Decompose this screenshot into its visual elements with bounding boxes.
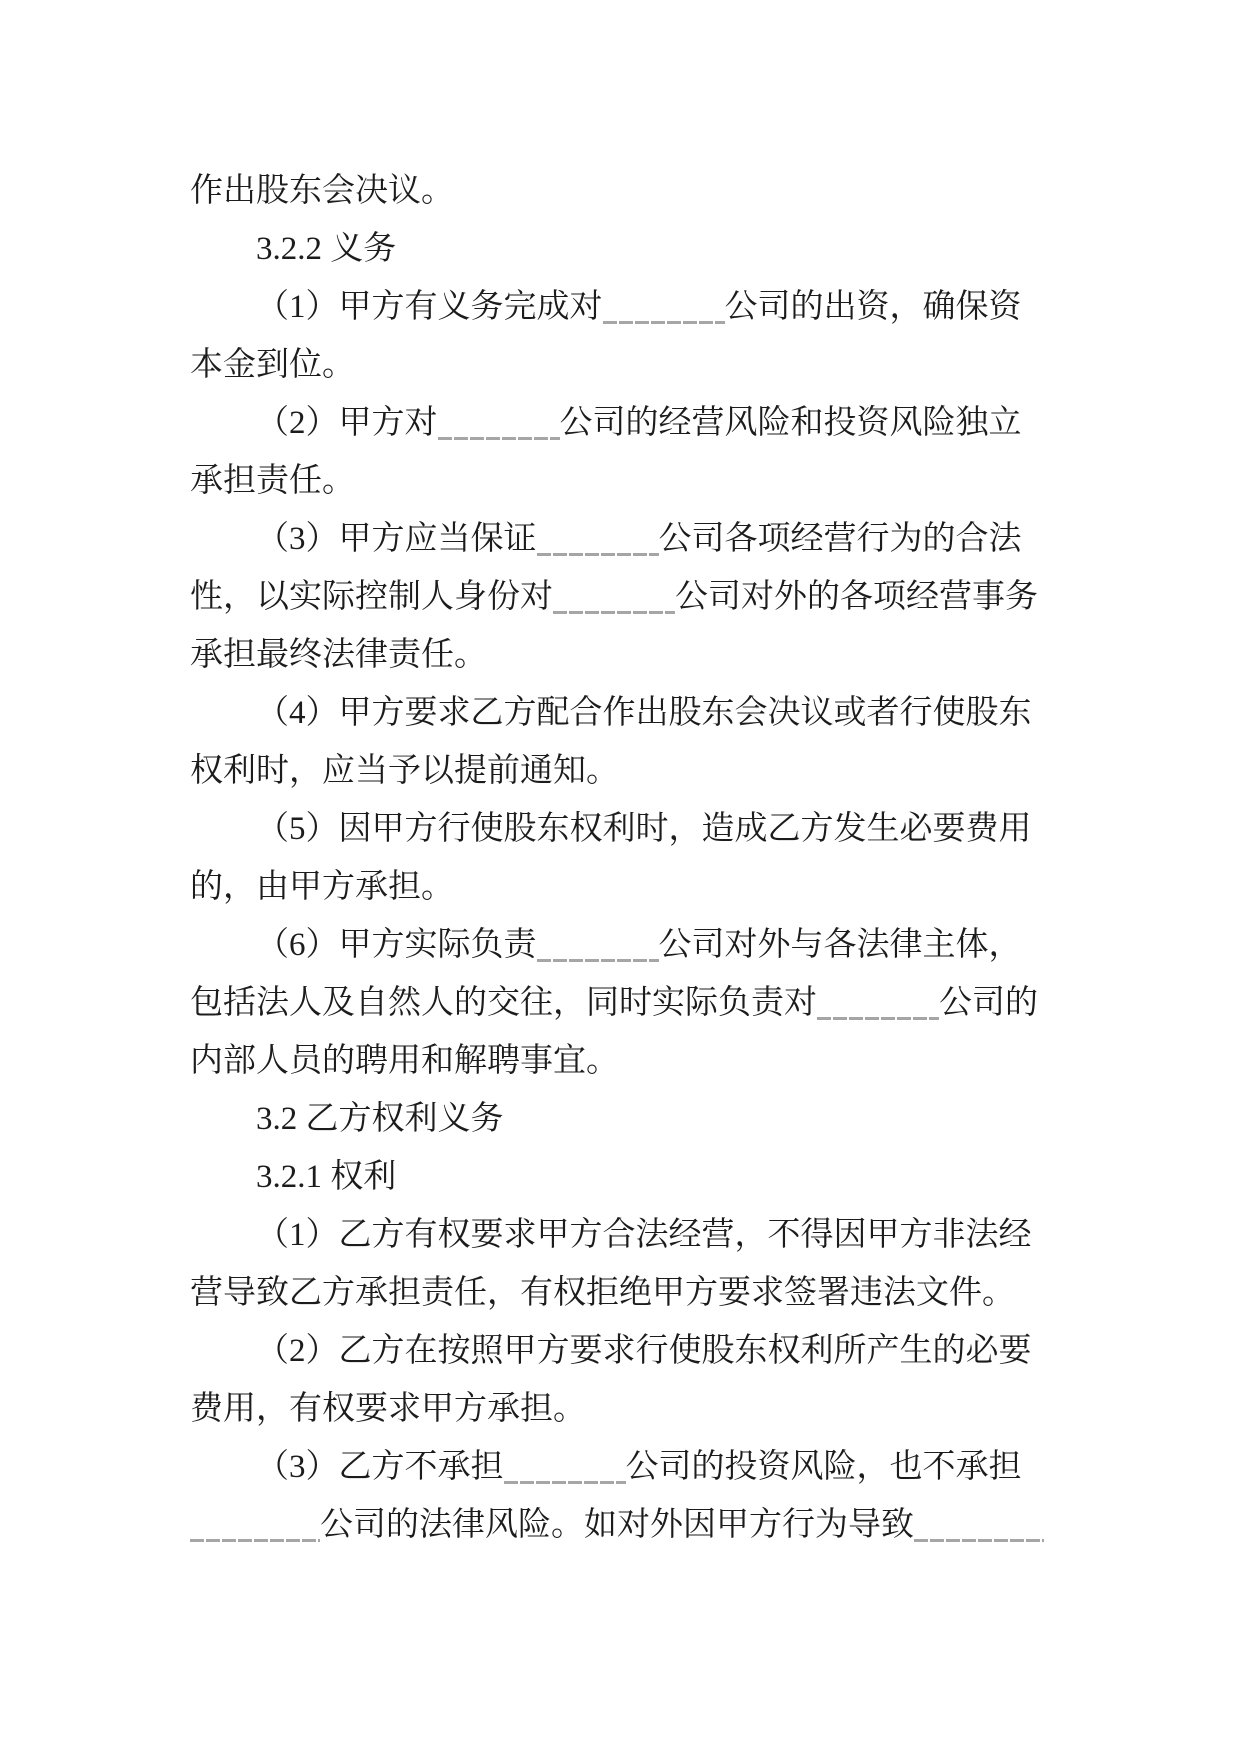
text-segment: 3.2.2 义务 <box>256 231 396 267</box>
text-segment: （1）乙方有权要求甲方合法经营，不得因甲方非法经 <box>256 1217 1032 1253</box>
text-line: 费用，有权要求甲方承担。 <box>190 1380 1053 1438</box>
fill-in-blank-line <box>190 1509 320 1542</box>
text-segment: 承担最终法律责任。 <box>190 637 487 673</box>
text-segment: 权利时，应当予以提前通知。 <box>190 753 619 789</box>
text-segment: 公司的投资风险，也不承担 <box>626 1449 1022 1485</box>
text-segment: 公司对外的各项经营事务 <box>675 579 1038 615</box>
text-line: 内部人员的聘用和解聘事宜。 <box>190 1032 1053 1090</box>
text-segment: 承担责任。 <box>190 463 355 499</box>
text-segment: 包括法人及自然人的交往，同时实际负责对 <box>190 985 817 1021</box>
text-line: 本金到位。 <box>190 336 1053 394</box>
text-line: 公司的法律风险。如对外因甲方行为导致 <box>190 1496 1053 1554</box>
text-line: 营导致乙方承担责任，有权拒绝甲方要求签署违法文件。 <box>190 1264 1053 1322</box>
text-segment: 公司对外与各法律主体， <box>659 927 1022 963</box>
text-segment: 内部人员的聘用和解聘事宜。 <box>190 1043 619 1079</box>
text-line: 承担责任。 <box>190 452 1053 510</box>
text-line: 作出股东会决议。 <box>190 162 1053 220</box>
fill-in-blank-line <box>537 523 659 556</box>
text-segment: 作出股东会决议。 <box>190 173 454 209</box>
fill-in-blank-line <box>817 987 939 1020</box>
text-segment: （4）甲方要求乙方配合作出股东会决议或者行使股东 <box>256 695 1032 731</box>
contract-text-block: 作出股东会决议。3.2.2 义务（1）甲方有义务完成对公司的出资，确保资本金到位… <box>190 162 1053 1554</box>
fill-in-blank-line <box>537 929 659 962</box>
text-segment: 公司的 <box>939 985 1038 1021</box>
text-line: （1）甲方有义务完成对公司的出资，确保资 <box>190 278 1053 336</box>
text-segment: （3）乙方不承担 <box>256 1449 504 1485</box>
text-segment: （2）乙方在按照甲方要求行使股东权利所产生的必要 <box>256 1333 1032 1369</box>
text-line: （4）甲方要求乙方配合作出股东会决议或者行使股东 <box>190 684 1053 742</box>
text-segment: 费用，有权要求甲方承担。 <box>190 1391 586 1427</box>
text-line: （6）甲方实际负责公司对外与各法律主体， <box>190 916 1053 974</box>
text-line: （5）因甲方行使股东权利时，造成乙方发生必要费用 <box>190 800 1053 858</box>
text-line: 的，由甲方承担。 <box>190 858 1053 916</box>
text-segment: （6）甲方实际负责 <box>256 927 537 963</box>
text-segment: 公司的出资，确保资 <box>725 289 1022 325</box>
text-segment: 公司各项经营行为的合法 <box>659 521 1022 557</box>
text-line: 3.2 乙方权利义务 <box>190 1090 1053 1148</box>
text-line: （3）甲方应当保证公司各项经营行为的合法 <box>190 510 1053 568</box>
text-segment: 营导致乙方承担责任，有权拒绝甲方要求签署违法文件。 <box>190 1275 1015 1311</box>
text-segment: 3.2 乙方权利义务 <box>256 1101 504 1137</box>
fill-in-blank-line <box>914 1509 1044 1542</box>
text-line: 性，以实际控制人身份对公司对外的各项经营事务 <box>190 568 1053 626</box>
text-segment: 的，由甲方承担。 <box>190 869 454 905</box>
fill-in-blank-line <box>438 407 560 440</box>
fill-in-blank-line <box>603 291 725 324</box>
text-segment: 性，以实际控制人身份对 <box>190 579 553 615</box>
text-line: （2）甲方对公司的经营风险和投资风险独立 <box>190 394 1053 452</box>
text-line: （2）乙方在按照甲方要求行使股东权利所产生的必要 <box>190 1322 1053 1380</box>
text-segment: 3.2.1 权利 <box>256 1159 396 1195</box>
text-line: （1）乙方有权要求甲方合法经营，不得因甲方非法经 <box>190 1206 1053 1264</box>
text-line: 包括法人及自然人的交往，同时实际负责对公司的 <box>190 974 1053 1032</box>
text-segment: （5）因甲方行使股东权利时，造成乙方发生必要费用 <box>256 811 1032 847</box>
text-segment: 公司的经营风险和投资风险独立 <box>560 405 1022 441</box>
fill-in-blank-line <box>504 1451 626 1484</box>
fill-in-blank-line <box>553 581 675 614</box>
text-segment: 本金到位。 <box>190 347 355 383</box>
text-line: （3）乙方不承担公司的投资风险，也不承担 <box>190 1438 1053 1496</box>
text-segment: （3）甲方应当保证 <box>256 521 537 557</box>
document-page: 作出股东会决议。3.2.2 义务（1）甲方有义务完成对公司的出资，确保资本金到位… <box>0 0 1241 1754</box>
text-line: 3.2.2 义务 <box>190 220 1053 278</box>
text-segment: （1）甲方有义务完成对 <box>256 289 603 325</box>
text-segment: （2）甲方对 <box>256 405 438 441</box>
text-line: 权利时，应当予以提前通知。 <box>190 742 1053 800</box>
text-line: 3.2.1 权利 <box>190 1148 1053 1206</box>
text-segment: 公司的法律风险。如对外因甲方行为导致 <box>320 1507 914 1543</box>
text-line: 承担最终法律责任。 <box>190 626 1053 684</box>
